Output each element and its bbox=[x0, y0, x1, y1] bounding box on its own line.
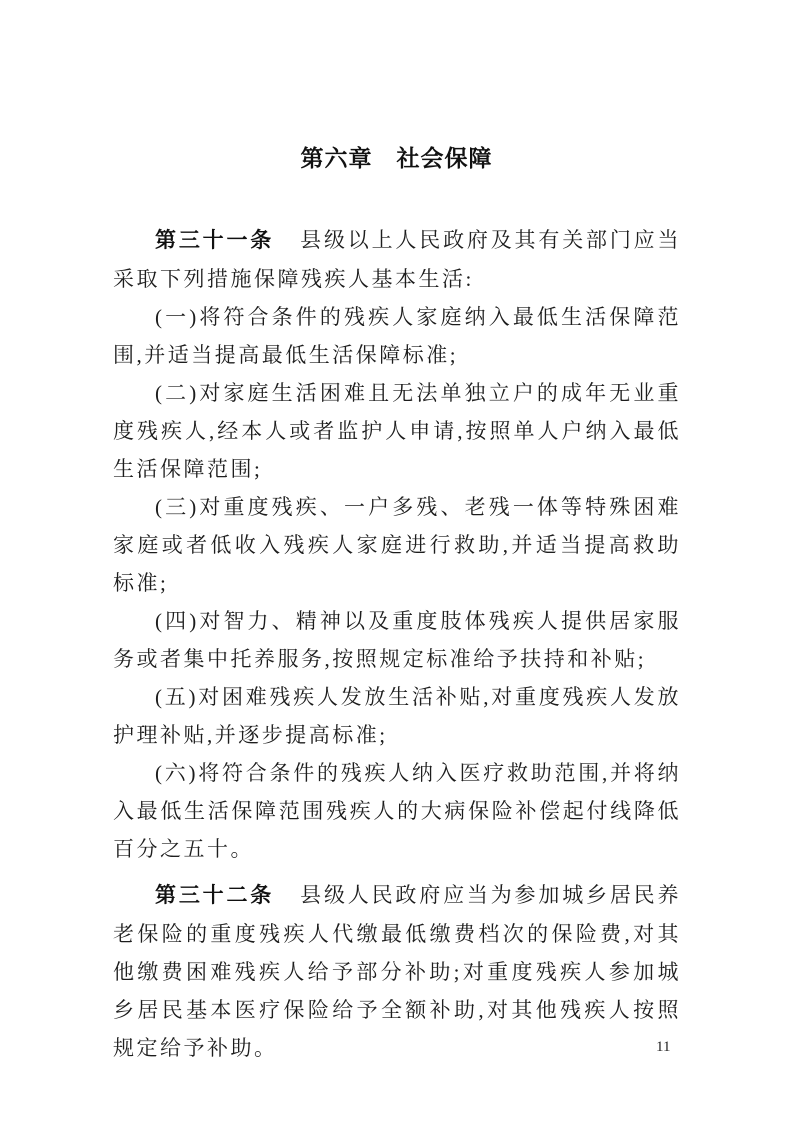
paragraph: 第三十二条县级人民政府应当为参加城乡居民养老保险的重度残疾人代缴最低缴费档次的保… bbox=[113, 876, 681, 1067]
article-number: 第三十二条 bbox=[155, 884, 274, 907]
paragraph: (一)将符合条件的残疾人家庭纳入最低生活保障范围,并适当提高最低生活保障标准; bbox=[113, 298, 681, 374]
paragraph: (四)对智力、精神以及重度肢体残疾人提供居家服务或者集中托养服务,按照规定标准给… bbox=[113, 602, 681, 678]
paragraph: (二)对家庭生活困难且无法单独立户的成年无业重度残疾人,经本人或者监护人申请,按… bbox=[113, 374, 681, 488]
paragraph-text: (六)将符合条件的残疾人纳入医疗救助范围,并将纳入最低生活保障范围残疾人的大病保… bbox=[113, 761, 681, 861]
paragraph: 第三十一条县级以上人民政府及其有关部门应当采取下列措施保障残疾人基本生活: bbox=[113, 221, 681, 298]
paragraph-text: (五)对困难残疾人发放生活补贴,对重度残疾人发放护理补贴,并逐步提高标准; bbox=[113, 685, 681, 747]
paragraph-text: 县级人民政府应当为参加城乡居民养老保险的重度残疾人代缴最低缴费档次的保险费,对其… bbox=[113, 883, 681, 1060]
document-body: 第三十一条县级以上人民政府及其有关部门应当采取下列措施保障残疾人基本生活:(一)… bbox=[113, 221, 681, 1067]
paragraph: (六)将符合条件的残疾人纳入医疗救助范围,并将纳入最低生活保障范围残疾人的大病保… bbox=[113, 754, 681, 868]
paragraph-text: (二)对家庭生活困难且无法单独立户的成年无业重度残疾人,经本人或者监护人申请,按… bbox=[113, 381, 681, 481]
chapter-title: 第六章 社会保障 bbox=[0, 143, 793, 173]
paragraph-text: (三)对重度残疾、一户多残、老残一体等特殊困难家庭或者低收入残疾人家庭进行救助,… bbox=[113, 495, 681, 595]
article-number: 第三十一条 bbox=[155, 229, 274, 252]
paragraph-text: (一)将符合条件的残疾人家庭纳入最低生活保障范围,并适当提高最低生活保障标准; bbox=[113, 305, 681, 367]
page-number: 11 bbox=[656, 1038, 670, 1056]
paragraph: (三)对重度残疾、一户多残、老残一体等特殊困难家庭或者低收入残疾人家庭进行救助,… bbox=[113, 488, 681, 602]
paragraph-text: (四)对智力、精神以及重度肢体残疾人提供居家服务或者集中托养服务,按照规定标准给… bbox=[113, 609, 681, 671]
paragraph: (五)对困难残疾人发放生活补贴,对重度残疾人发放护理补贴,并逐步提高标准; bbox=[113, 678, 681, 754]
document-page: 第六章 社会保障 第三十一条县级以上人民政府及其有关部门应当采取下列措施保障残疾… bbox=[0, 0, 793, 1122]
